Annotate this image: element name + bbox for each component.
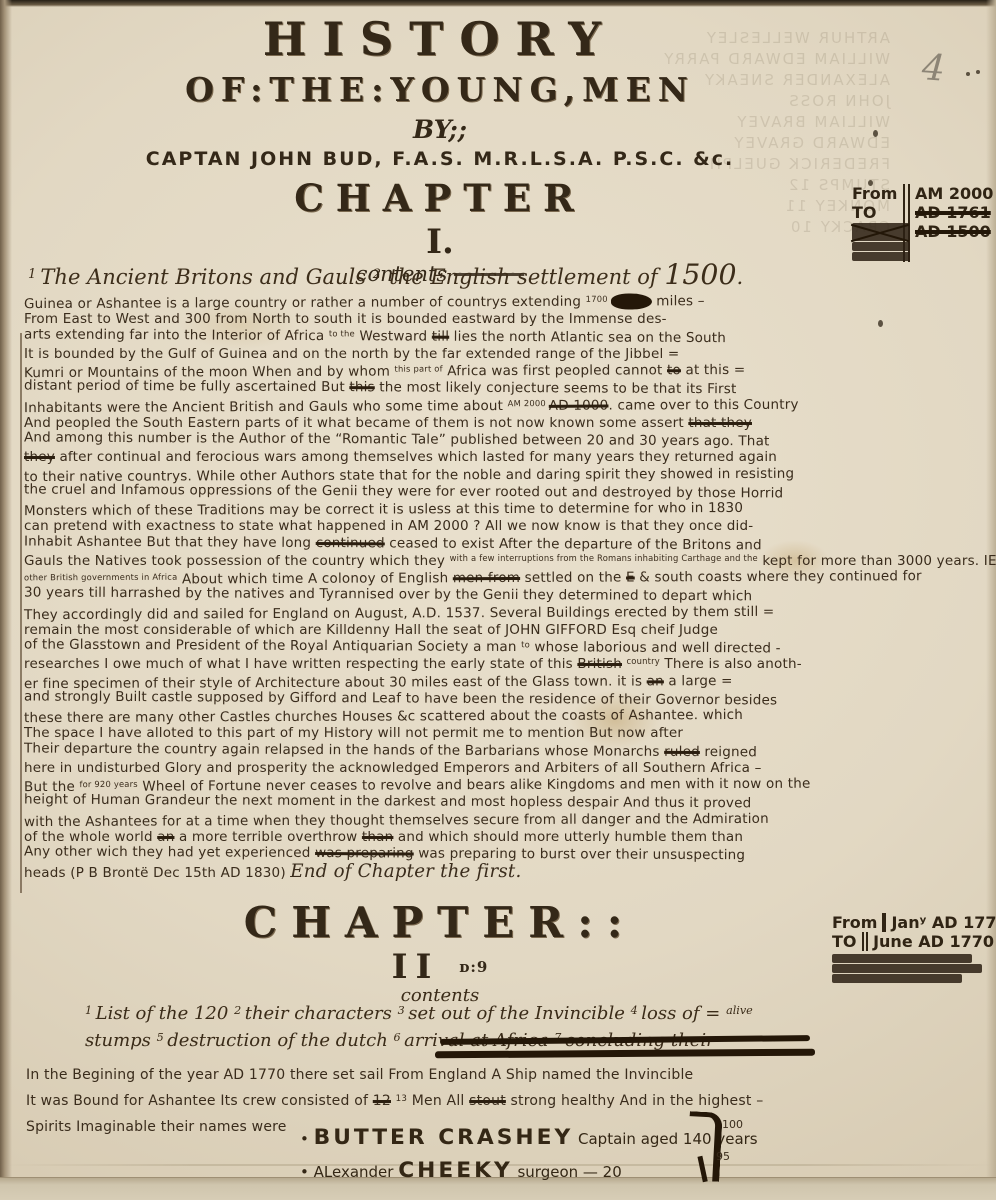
text-line: Monsters which of these Traditions may b… bbox=[24, 499, 990, 520]
flourish-mark: ᴅ:9 bbox=[459, 958, 488, 976]
text-line: they after continual and ferocious wars … bbox=[24, 449, 990, 466]
chapter1-body: Guinea or Ashantee is a large country or… bbox=[24, 294, 990, 883]
text-line: here in undisturbed Glory and prosperity… bbox=[24, 760, 990, 777]
text-line: heads (P B Brontë Dec 15th AD 1830) End … bbox=[24, 863, 990, 882]
text-line: researches I owe much of what I have wri… bbox=[24, 656, 990, 673]
text-line: with the Ashantees for at a time when th… bbox=[24, 809, 990, 830]
author-line: CAPTAN JOHN BUD, F.A.S. M.R.L.S.A. P.S.C… bbox=[60, 148, 820, 170]
text-line: They accordingly did and sailed for Engl… bbox=[24, 602, 990, 623]
text-line: 1 List of the 120 2 their characters 3 s… bbox=[85, 1000, 985, 1027]
chapter2-numeral: II ᴅ:9 bbox=[120, 947, 760, 987]
text-line: can pretend with exactness to state what… bbox=[24, 518, 990, 535]
datebox-to-value: June AD 1770 bbox=[873, 932, 994, 951]
datebox-from-label: From bbox=[852, 184, 898, 203]
text-line: 1 The Ancient Britons and Gauls 2. the E… bbox=[28, 258, 988, 291]
text-line: Inhabitants were the Ancient British and… bbox=[24, 395, 990, 416]
chapter1-datebox: From AM 2000 TO AD 1761 (illegible struc… bbox=[852, 184, 994, 262]
datebox-divider bbox=[903, 184, 910, 203]
datebox-from-label: From bbox=[832, 913, 877, 932]
bracket-note: 100 bbox=[722, 1118, 743, 1131]
text-line: Gauls the Natives took possession of the… bbox=[24, 553, 990, 570]
datebox-to-label: TO bbox=[832, 932, 857, 951]
page-number: 4 bbox=[921, 47, 947, 89]
ink-speck bbox=[976, 70, 980, 74]
chapter1-label: CHAPTER bbox=[60, 176, 820, 220]
datebox-to-value-struck: AD 1761 bbox=[915, 203, 994, 222]
title-history: HISTORY bbox=[60, 12, 820, 66]
chapter2-datebox: From Janʸ AD 1770 TO June AD 1770 (illeg… bbox=[832, 913, 994, 984]
chapter2-contents: 1 List of the 120 2 their characters 3 s… bbox=[85, 1000, 985, 1054]
text-line: In the Begining of the year AD 1770 ther… bbox=[26, 1062, 986, 1088]
x-crossout bbox=[850, 220, 910, 246]
text-line: these there are many other Castles churc… bbox=[24, 706, 990, 727]
page-edge-left bbox=[0, 0, 12, 1200]
bracket-note: 95 bbox=[716, 1150, 730, 1163]
chapter1-contents-line: 1 The Ancient Britons and Gauls 2. the E… bbox=[28, 258, 988, 291]
struck-scribble: (illegible struck lines) bbox=[832, 954, 972, 963]
text-line: It is bounded by the Gulf of Guinea and … bbox=[24, 346, 990, 363]
datebox-from-value: Janʸ AD 1770 bbox=[891, 913, 996, 932]
chapter1-numeral: I. bbox=[60, 222, 820, 262]
title-block: HISTORY OF:THE:YOUNG,MEN BY;; CAPTAN JOH… bbox=[60, 12, 820, 286]
text-line: Guinea or Ashantee is a large country or… bbox=[24, 292, 990, 313]
datebox-divider bbox=[882, 913, 886, 932]
text-line: The space I have alloted to this part of… bbox=[24, 725, 990, 742]
chapter2-heading: CHAPTER:: II ᴅ:9 contents bbox=[120, 898, 760, 1006]
chapter2-label: CHAPTER:: bbox=[120, 898, 760, 947]
datebox-from-value: AM 2000 bbox=[915, 184, 994, 203]
ink-speck bbox=[966, 72, 970, 76]
page-edge-top bbox=[0, 0, 996, 7]
heavy-underline bbox=[435, 1049, 815, 1059]
datebox-divider bbox=[862, 932, 868, 951]
struck-scribble bbox=[832, 964, 982, 973]
byline: BY;; bbox=[60, 115, 820, 144]
struck-scribble bbox=[832, 974, 962, 983]
title-of-the-young-men: OF:THE:YOUNG,MEN bbox=[60, 70, 820, 109]
manuscript-page: ARTHUR WELLESLEYWILLIAM EDWARD PARRYALEX… bbox=[0, 0, 996, 1200]
text-line: It was Bound for Ashantee Its crew consi… bbox=[26, 1088, 986, 1114]
datebox-struck-date: AD 1500 bbox=[915, 222, 994, 241]
text-line: From East to West and 300 from North to … bbox=[24, 311, 990, 328]
margin-rule bbox=[20, 333, 22, 893]
